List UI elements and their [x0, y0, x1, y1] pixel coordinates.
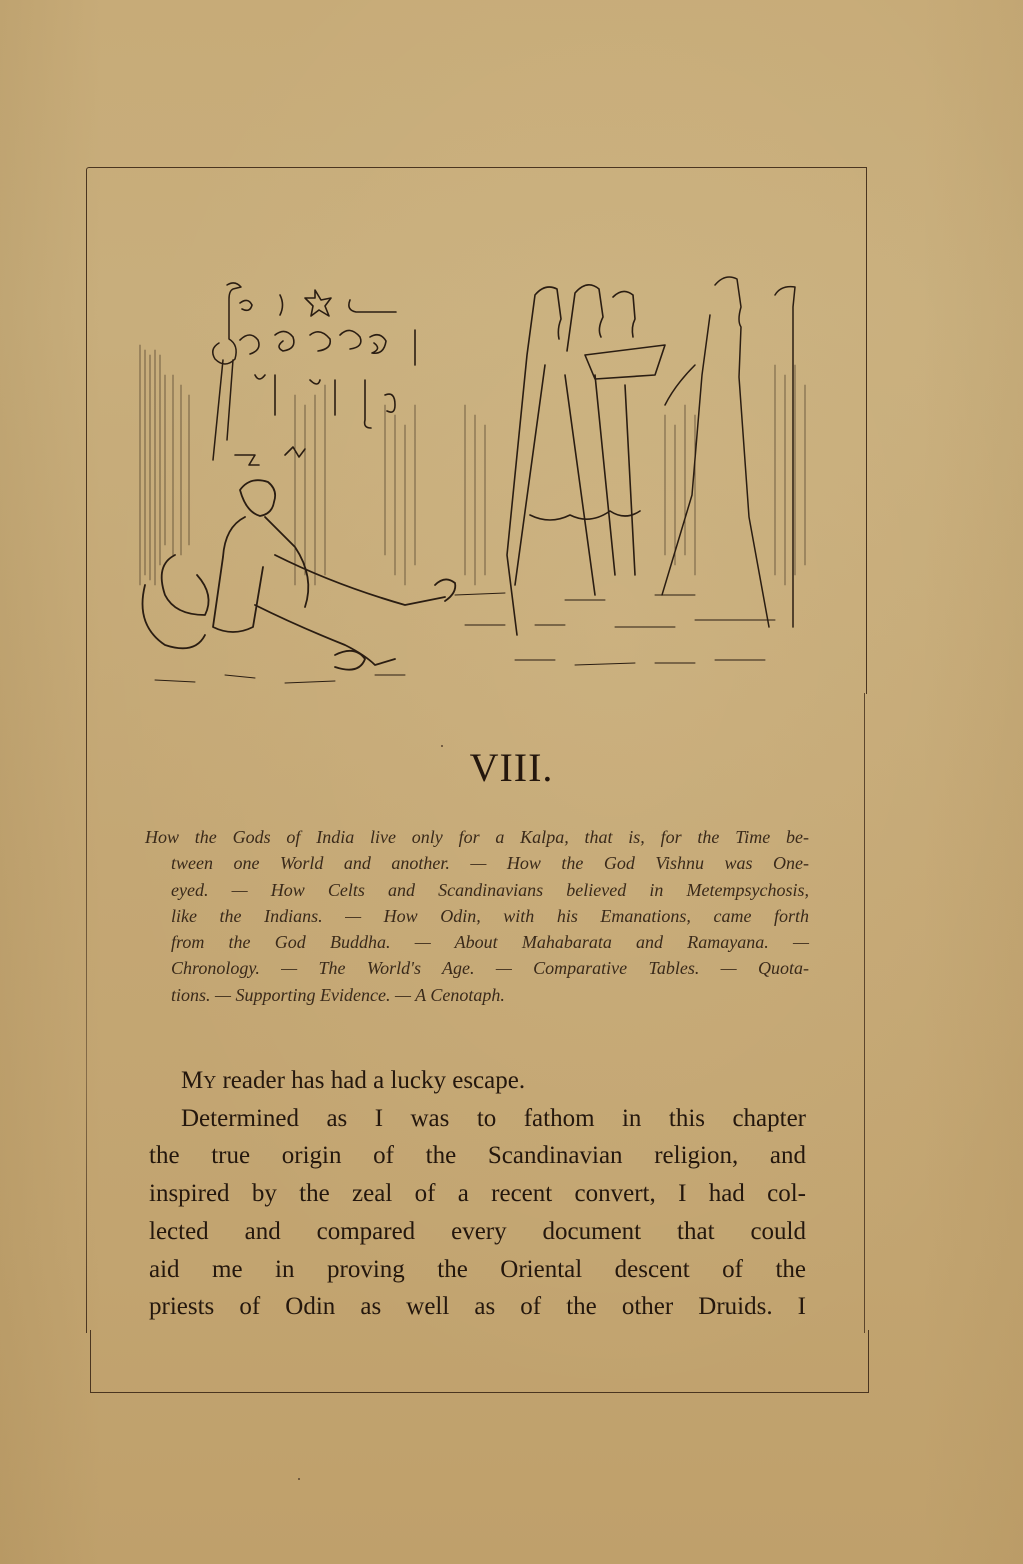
ibis-icon — [213, 283, 241, 460]
hieroglyph-wall-icon — [140, 345, 805, 585]
seated-man-icon — [143, 480, 456, 669]
ground-icon — [155, 593, 775, 683]
summary-line: tween one World and another. — How the G… — [149, 850, 809, 876]
body-line: the true origin of the Scandinavian reli… — [149, 1137, 806, 1175]
summary-line: How the Gods of India live only for a Ka… — [145, 824, 809, 850]
chapter-summary: How the Gods of India live only for a Ka… — [149, 824, 809, 1008]
chapter-illustration — [135, 255, 825, 695]
chapter-number: VIII. — [0, 744, 1023, 791]
body-text: My reader has had a lucky escape. Determ… — [149, 1062, 806, 1326]
veiled-figures-icon — [507, 285, 665, 635]
summary-line: tions. — Supporting Evidence. — A Cenota… — [149, 982, 809, 1008]
summary-line: eyed. — How Celts and Scandinavians beli… — [149, 877, 809, 903]
page-frame-bottom — [90, 1330, 869, 1393]
summary-line: from the God Buddha. — About Mahabarata … — [149, 929, 809, 955]
body-line: lected and compared every document that … — [149, 1213, 806, 1251]
body-line: aid me in proving the Oriental descent o… — [149, 1251, 806, 1289]
ink-speck — [441, 745, 443, 747]
summary-line: Chronology. — The World's Age. — Compara… — [149, 955, 809, 981]
body-paragraph-1: My reader has had a lucky escape. — [149, 1062, 806, 1100]
body-line: priests of Odin as well as of the other … — [149, 1288, 806, 1326]
ink-speck — [298, 1478, 300, 1480]
body-line: Determined as I was to fathom in this ch… — [149, 1100, 806, 1138]
summary-line: like the Indians. — How Odin, with his E… — [149, 903, 809, 929]
opening-sentence: reader has had a lucky escape. — [216, 1067, 525, 1094]
body-line: inspired by the zeal of a recent convert… — [149, 1175, 806, 1213]
opening-word: My — [181, 1067, 216, 1094]
